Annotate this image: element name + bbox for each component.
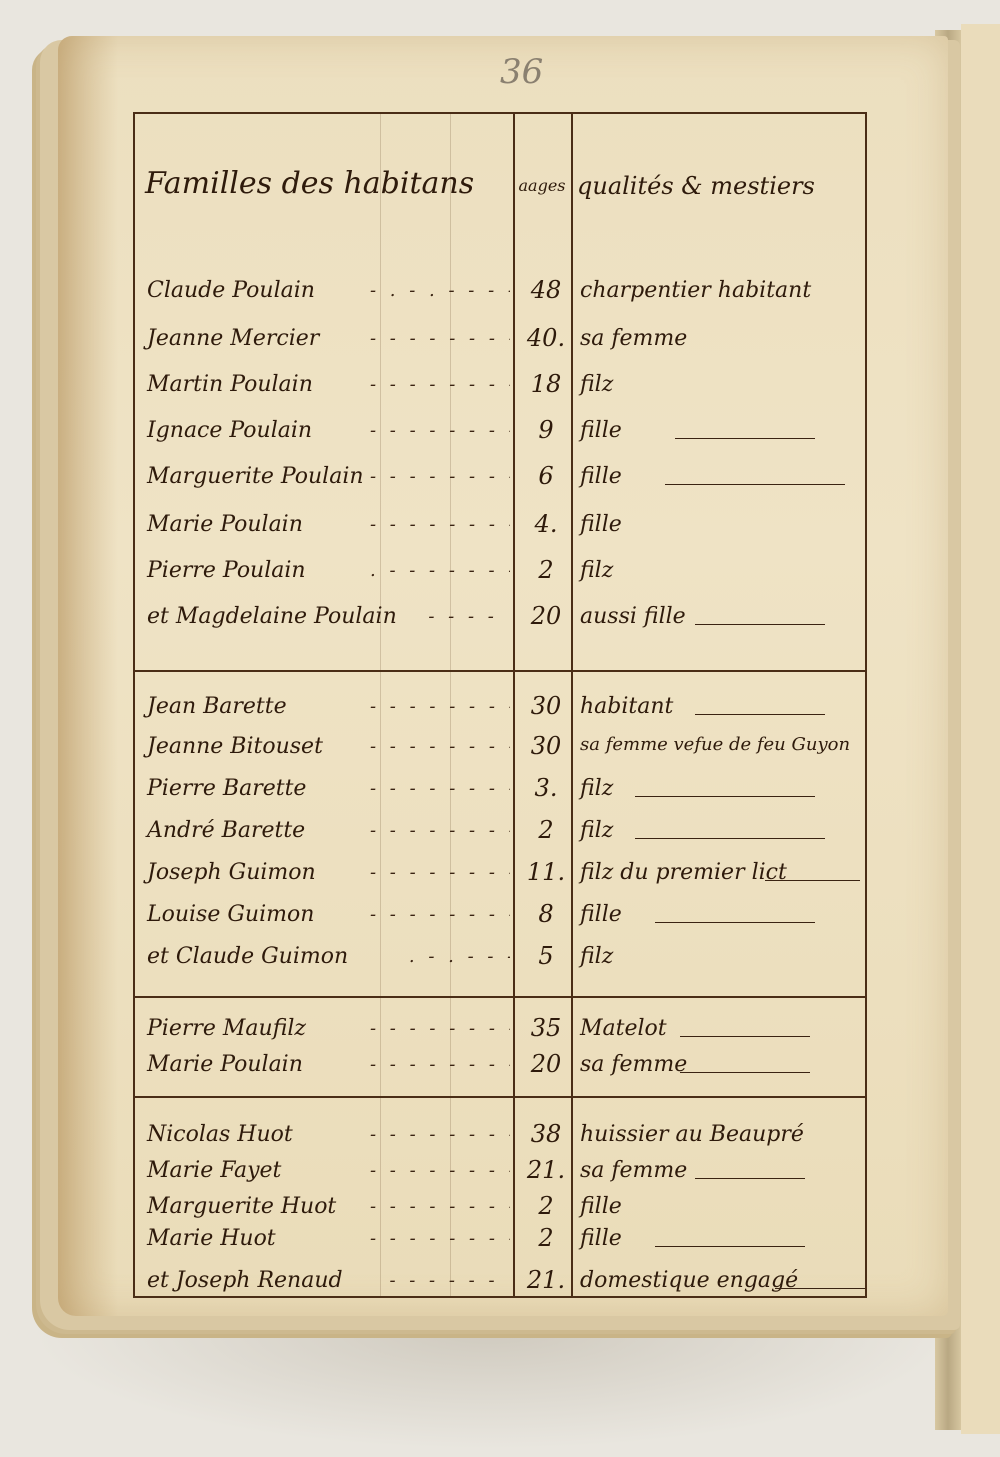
person-quality: filz — [580, 558, 613, 583]
person-name: et Joseph Renaud — [147, 1268, 343, 1293]
table-row: Marguerite Poulain - - - - - - - - 6 fil… — [135, 460, 865, 500]
table-row: Jeanne Bitouset - - - - - - - - 30 sa fe… — [135, 730, 865, 770]
person-quality: huissier au Beaupré — [580, 1122, 804, 1147]
pen-flourish — [680, 1072, 810, 1073]
leader-dots: - - - - - - - - — [370, 1160, 510, 1181]
leader-dots: - - - - — [370, 606, 510, 627]
person-quality: aussi fille — [580, 604, 686, 629]
person-name: Marguerite Poulain — [147, 464, 364, 489]
person-name: et Magdelaine Poulain — [147, 604, 397, 629]
person-age: 4. — [520, 510, 572, 538]
person-age: 30 — [520, 692, 572, 720]
person-name: Jeanne Bitouset — [147, 734, 323, 759]
person-quality: sa femme — [580, 1052, 687, 1077]
person-quality: filz — [580, 372, 613, 397]
table-row: Ignace Poulain - - - - - - - - 9 fille — [135, 414, 865, 454]
pen-flourish — [675, 438, 815, 439]
folio-number: 36 — [500, 52, 543, 92]
pen-flourish — [695, 624, 825, 625]
leader-dots: - - - - - - - - — [370, 1054, 510, 1075]
leader-dots: - - - - - - - - — [370, 466, 510, 487]
leader-dots: - - - - - - - - — [370, 904, 510, 925]
person-age: 30 — [520, 732, 572, 760]
table-row: Marie Poulain - - - - - - - - 4. fille — [135, 508, 865, 548]
table-row: Marie Fayet - - - - - - - - 21. sa femme — [135, 1154, 865, 1194]
facing-page-edge — [961, 24, 1000, 1434]
person-age: 3. — [520, 774, 572, 802]
person-quality: filz du premier lict — [580, 860, 787, 885]
table-row: Jeanne Mercier - - - - - - - - 40. sa fe… — [135, 322, 865, 362]
leader-dots: - - - - - - - - — [370, 820, 510, 841]
person-quality: filz — [580, 818, 613, 843]
census-table: Familles des habitans aages qualités & m… — [133, 112, 867, 1298]
table-row: André Barette - - - - - - - - 2 filz — [135, 814, 865, 854]
leader-dots: - - - - - - - - — [370, 696, 510, 717]
person-name: Jeanne Mercier — [147, 326, 319, 351]
person-quality: fille — [580, 418, 622, 443]
table-row: et Magdelaine Poulain - - - - 20 aussi f… — [135, 600, 865, 640]
table-row: Pierre Barette - - - - - - - - 3. filz — [135, 772, 865, 812]
person-name: André Barette — [147, 818, 305, 843]
table-row: Marie Huot - - - - - - - - 2 fille — [135, 1222, 865, 1262]
person-age: 48 — [520, 276, 572, 304]
pen-flourish — [680, 1036, 810, 1037]
header-families: Familles des habitans — [145, 166, 474, 201]
person-name: Marie Fayet — [147, 1158, 281, 1183]
leader-dots: - - - - - - - - — [370, 778, 510, 799]
person-age: 35 — [520, 1014, 572, 1042]
header-qualities: qualités & mestiers — [577, 172, 815, 200]
leader-dots: - - - - - - - - — [370, 514, 510, 535]
leader-dots: - - - - - - — [370, 1270, 510, 1291]
person-age: 6 — [520, 462, 572, 490]
pen-flourish — [775, 1288, 865, 1289]
person-name: Claude Poulain — [147, 278, 315, 303]
table-row: et Claude Guimon . - . - - - 5 filz — [135, 940, 865, 980]
table-row: Louise Guimon - - - - - - - - 8 fille — [135, 898, 865, 938]
leader-dots: - - - - - - - - — [370, 1196, 510, 1217]
person-quality: fille — [580, 1226, 622, 1251]
person-quality: fille — [580, 464, 622, 489]
leader-dots: - - - - - - - - — [370, 1018, 510, 1039]
family-divider — [135, 1096, 865, 1098]
leader-dots: . - . - - - — [370, 946, 510, 967]
table-row: Jean Barette - - - - - - - - 30 habitant — [135, 690, 865, 730]
leader-dots: - - - - - - - - — [370, 374, 510, 395]
person-name: Joseph Guimon — [147, 860, 316, 885]
pen-flourish — [665, 484, 845, 485]
table-row: et Joseph Renaud - - - - - - 21. domesti… — [135, 1264, 865, 1304]
person-age: 2 — [520, 816, 572, 844]
person-name: Ignace Poulain — [147, 418, 312, 443]
table-row: Pierre Poulain . - - - - - - - 2 filz — [135, 554, 865, 594]
person-name: Jean Barette — [147, 694, 287, 719]
leader-dots: - - - - - - - - — [370, 1228, 510, 1249]
person-age: 2 — [520, 1224, 572, 1252]
person-age: 8 — [520, 900, 572, 928]
person-name: Pierre Maufilz — [147, 1016, 306, 1041]
person-name: Marguerite Huot — [147, 1194, 336, 1219]
person-age: 20 — [520, 1050, 572, 1078]
leader-dots: - - - - - - - - — [370, 862, 510, 883]
person-age: 11. — [520, 858, 572, 886]
person-name: Martin Poulain — [147, 372, 313, 397]
header-ages: aages — [513, 176, 571, 195]
pen-flourish — [655, 1246, 805, 1247]
person-quality: sa femme — [580, 1158, 687, 1183]
table-row: Claude Poulain - . - . - - - - 48 charpe… — [135, 274, 865, 314]
person-age: 21. — [520, 1156, 572, 1184]
person-quality: fille — [580, 902, 622, 927]
person-quality: domestique engagé — [580, 1268, 798, 1293]
person-age: 2 — [520, 1192, 572, 1220]
pen-flourish — [635, 796, 815, 797]
table-row: Martin Poulain - - - - - - - - 18 filz — [135, 368, 865, 408]
page-edge-stain — [58, 36, 118, 1316]
person-quality: Matelot — [580, 1016, 667, 1041]
person-name: Nicolas Huot — [147, 1122, 293, 1147]
pen-flourish — [765, 880, 860, 881]
table-row: Nicolas Huot - - - - - - - - 38 huissier… — [135, 1118, 865, 1158]
table-row: Marie Poulain - - - - - - - - 20 sa femm… — [135, 1048, 865, 1088]
person-name: et Claude Guimon — [147, 944, 348, 969]
person-quality: habitant — [580, 694, 673, 719]
person-quality: filz — [580, 944, 613, 969]
person-quality: filz — [580, 776, 613, 801]
person-quality: sa femme vefue de feu Guyon — [580, 734, 850, 755]
leader-dots: - - - - - - - - — [370, 328, 510, 349]
person-name: Pierre Poulain — [147, 558, 306, 583]
person-age: 20 — [520, 602, 572, 630]
pen-flourish — [655, 922, 815, 923]
table-row: Pierre Maufilz - - - - - - - - 35 Matelo… — [135, 1012, 865, 1052]
person-quality: fille — [580, 512, 622, 537]
person-age: 38 — [520, 1120, 572, 1148]
family-divider — [135, 670, 865, 672]
pen-flourish — [635, 838, 825, 839]
person-name: Marie Huot — [147, 1226, 276, 1251]
person-name: Louise Guimon — [147, 902, 314, 927]
person-age: 2 — [520, 556, 572, 584]
person-age: 18 — [520, 370, 572, 398]
person-quality: charpentier habitant — [580, 278, 811, 303]
person-age: 9 — [520, 416, 572, 444]
person-age: 5 — [520, 942, 572, 970]
leader-dots: . - - - - - - - — [370, 560, 510, 581]
person-age: 21. — [520, 1266, 572, 1294]
table-row: Joseph Guimon - - - - - - - - 11. filz d… — [135, 856, 865, 896]
person-name: Marie Poulain — [147, 512, 303, 537]
person-name: Pierre Barette — [147, 776, 306, 801]
leader-dots: - . - . - - - - — [370, 280, 510, 301]
pen-flourish — [695, 1178, 805, 1179]
person-name: Marie Poulain — [147, 1052, 303, 1077]
person-age: 40. — [520, 324, 572, 352]
leader-dots: - - - - - - - - — [370, 736, 510, 757]
family-divider — [135, 996, 865, 998]
person-quality: sa femme — [580, 326, 687, 351]
person-quality: fille — [580, 1194, 622, 1219]
pen-flourish — [695, 714, 825, 715]
leader-dots: - - - - - - - - — [370, 1124, 510, 1145]
leader-dots: - - - - - - - - — [370, 420, 510, 441]
